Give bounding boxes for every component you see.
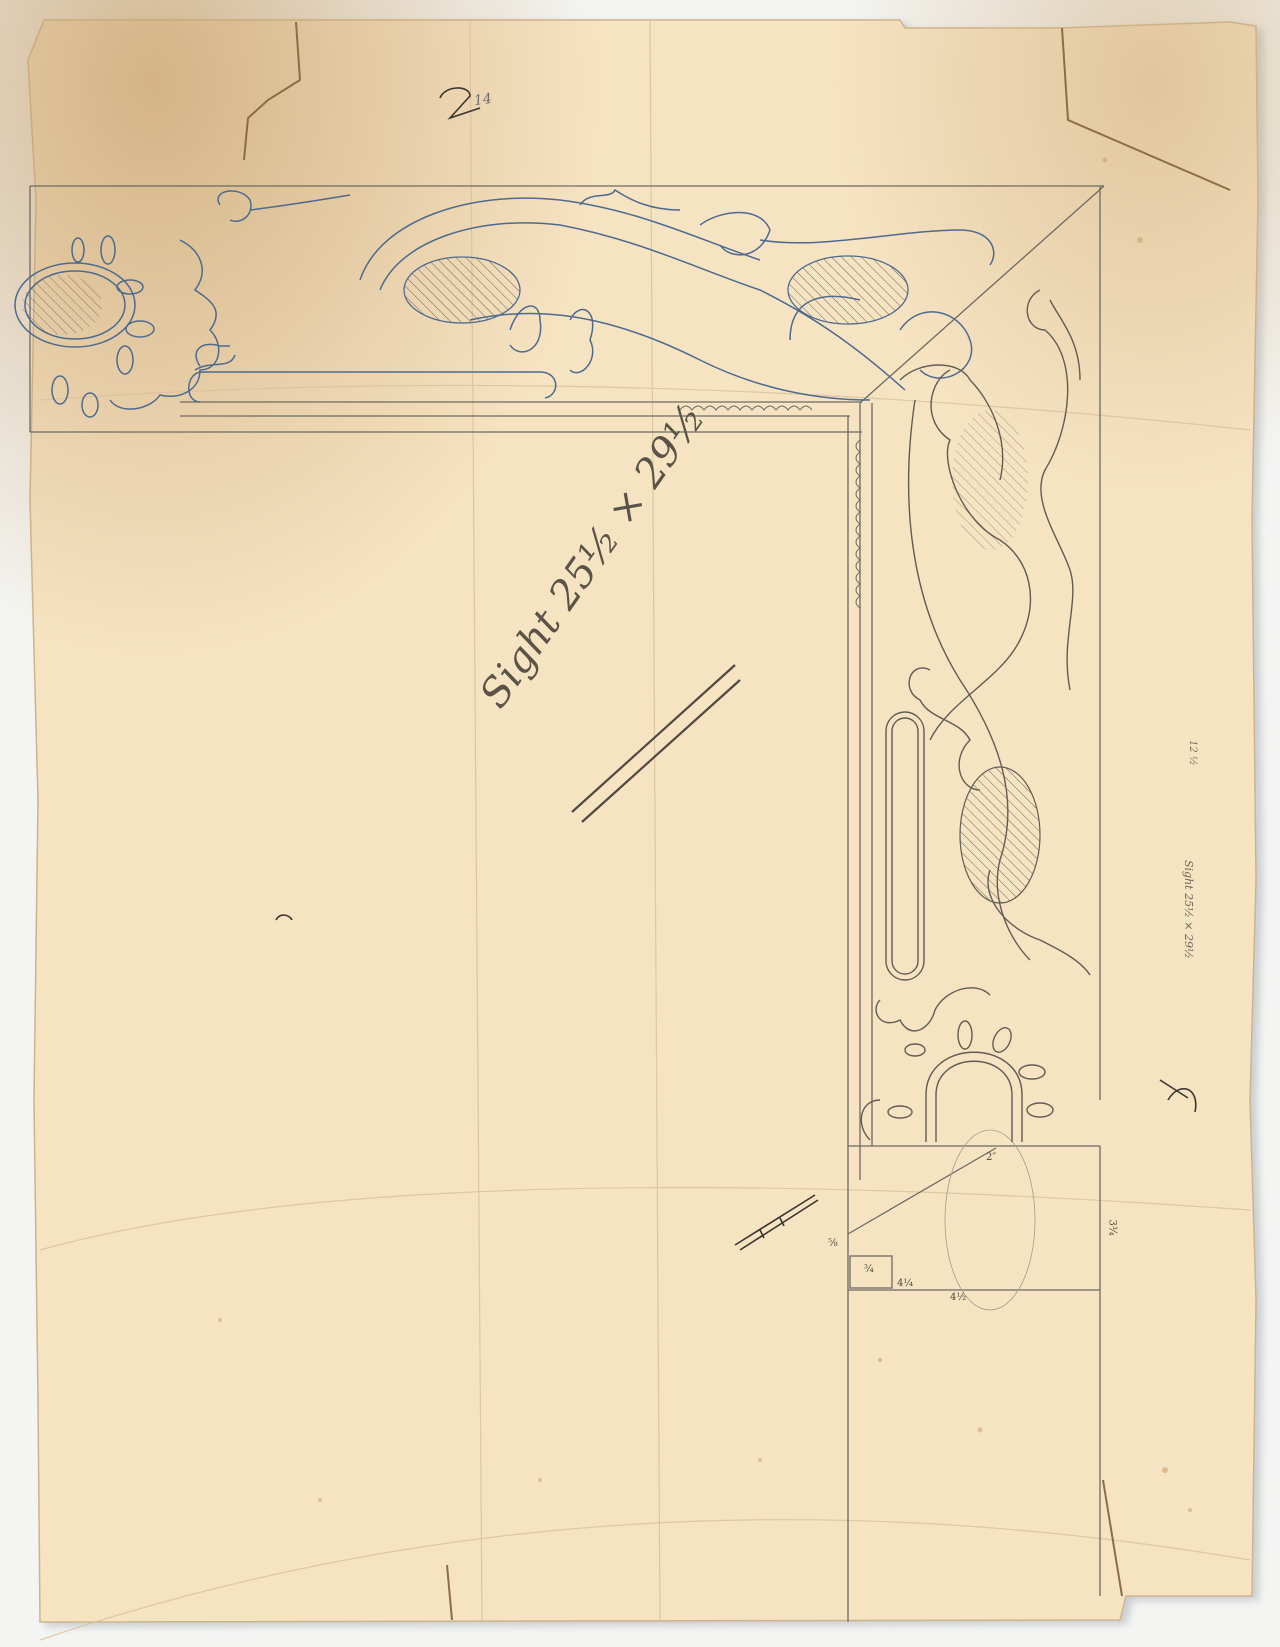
margin-sight-note: Sight 25½ × 29½ — [1182, 860, 1195, 959]
dimension-inner-box: ¾ — [864, 1264, 874, 1275]
dimension-inner-box-width: 4¼ — [897, 1278, 913, 1289]
drawing-canvas — [0, 0, 1280, 1647]
dimension-top-depth: 2″ — [986, 1152, 996, 1163]
dimension-left-height: ⅝ — [828, 1238, 838, 1249]
scanned-drawing: Sight 25½ × 29½ 14 Sight 25½ × 29½ 12 ½ … — [0, 0, 1280, 1647]
dimension-right-height: 3¾ — [1107, 1219, 1118, 1235]
margin-small-note: 12 ½ — [1187, 740, 1198, 766]
page-number: 14 — [473, 91, 493, 109]
dimension-base-width: 4½ — [950, 1292, 966, 1303]
